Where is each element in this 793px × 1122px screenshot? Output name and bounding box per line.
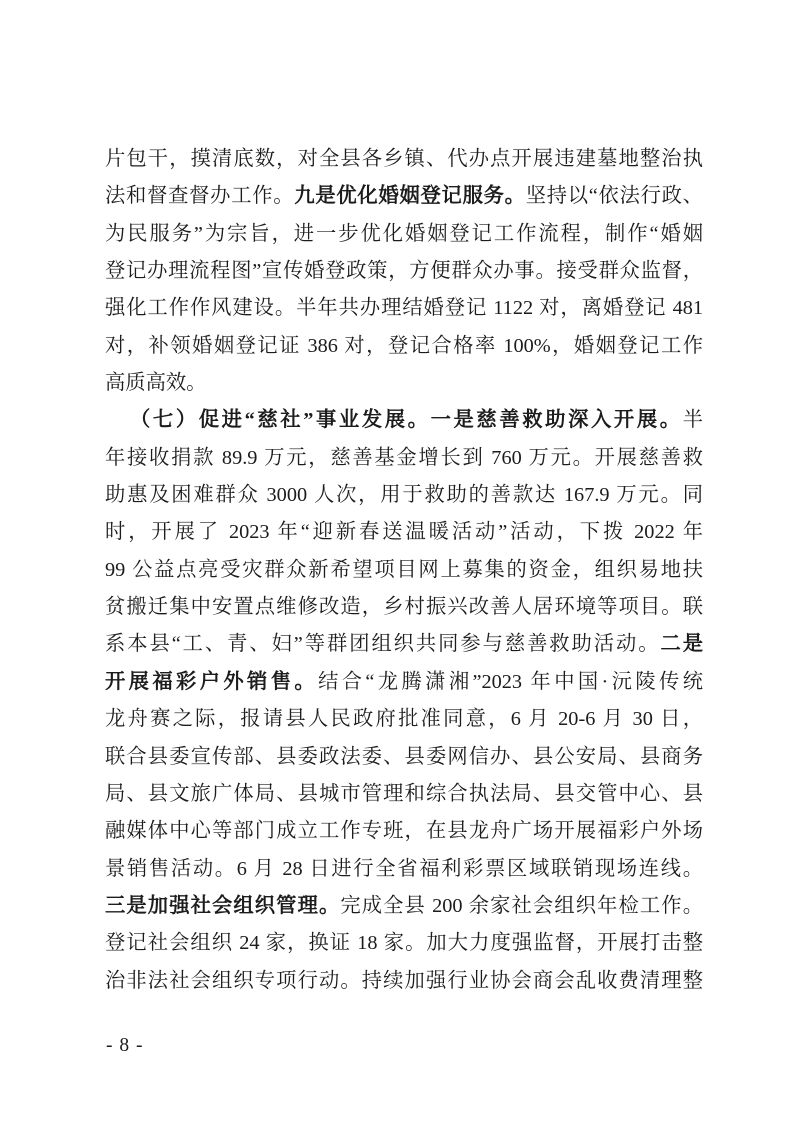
text-run: 融媒体中心等部门成立工作专班，在县龙舟广场开展福彩户外场 xyxy=(105,820,703,842)
text-line: 融媒体中心等部门成立工作专班，在县龙舟广场开展福彩户外场 xyxy=(105,813,703,850)
bold-text-run: （七）促进“慈社”事业发展。一是慈善救助深入开展。 xyxy=(130,409,683,431)
text-run: 99 公益点亮受灾群众新希望项目网上募集的资金，组织易地扶 xyxy=(105,559,703,581)
bold-text-run: 开展福彩户外销售。 xyxy=(105,671,318,693)
text-run: 为民服务”为宗旨，进一步优化婚姻登记工作流程，制作“婚姻 xyxy=(105,223,703,245)
text-run: 登记社会组织 24 家，换证 18 家。加大力度强监督，开展打击整 xyxy=(105,932,703,954)
text-line: 强化工作作风建设。半年共办理结婚登记 1122 对，离婚登记 481 xyxy=(105,290,703,327)
bold-text-run: 九是优化婚姻登记服务。 xyxy=(294,185,525,207)
text-block: 片包干，摸清底数，对全县各乡镇、代办点开展违建墓地整治执法和督查督办工作。九是优… xyxy=(105,141,703,1000)
text-line: 片包干，摸清底数，对全县各乡镇、代办点开展违建墓地整治执 xyxy=(105,141,703,178)
text-line: 系本县“工、青、妇”等群团组织共同参与慈善救助活动。二是 xyxy=(105,626,703,663)
text-line: 99 公益点亮受灾群众新希望项目网上募集的资金，组织易地扶 xyxy=(105,552,703,589)
text-run: 结合“龙腾潇湘”2023 年中国·沅陵传统 xyxy=(318,671,703,693)
text-line: 开展福彩户外销售。结合“龙腾潇湘”2023 年中国·沅陵传统 xyxy=(105,664,703,701)
text-run: 完成全县 200 余家社会组织年检工作。 xyxy=(340,895,703,917)
text-line: 年接收捐款 89.9 万元，慈善基金增长到 760 万元。开展慈善救 xyxy=(105,440,703,477)
text-run: 强化工作作风建设。半年共办理结婚登记 1122 对，离婚登记 481 xyxy=(105,297,703,319)
text-line: 对，补领婚姻登记证 386 对，登记合格率 100%，婚姻登记工作 xyxy=(105,328,703,365)
text-run: 系本县“工、青、妇”等群团组织共同参与慈善救助活动。 xyxy=(105,633,660,655)
text-line: 三是加强社会组织管理。完成全县 200 余家社会组织年检工作。 xyxy=(105,888,703,925)
text-run: 贫搬迁集中安置点维修改造，乡村振兴改善人居环境等项目。联 xyxy=(105,596,703,618)
text-line: 治非法社会组织专项行动。持续加强行业协会商会乱收费清理整 xyxy=(105,963,703,1000)
text-run: 高质高效。 xyxy=(105,372,206,394)
text-line: 贫搬迁集中安置点维修改造，乡村振兴改善人居环境等项目。联 xyxy=(105,589,703,626)
text-line: 登记社会组织 24 家，换证 18 家。加大力度强监督，开展打击整 xyxy=(105,925,703,962)
text-run: 片包干，摸清底数，对全县各乡镇、代办点开展违建墓地整治执 xyxy=(105,148,703,170)
text-run: 龙舟赛之际，报请县人民政府批准同意，6 月 20-6 月 30 日， xyxy=(105,708,703,730)
text-line: 高质高效。 xyxy=(105,365,703,402)
document-page: 片包干，摸清底数，对全县各乡镇、代办点开展违建墓地整治执法和督查督办工作。九是优… xyxy=(0,0,793,1122)
text-line: 时，开展了 2023 年“迎新春送温暖活动”活动，下拨 2022 年 xyxy=(105,514,703,551)
text-run: 对，补领婚姻登记证 386 对，登记合格率 100%，婚姻登记工作 xyxy=(105,335,703,357)
text-line: 联合县委宣传部、县委政法委、县委网信办、县公安局、县商务 xyxy=(105,739,703,776)
text-run: 法和督查督办工作。 xyxy=(105,185,294,207)
text-run: 登记办理流程图”宣传婚登政策，方便群众办事。接受群众监督， xyxy=(105,260,703,282)
text-run: 半 xyxy=(683,409,703,431)
text-run: 局、县文旅广体局、县城市管理和综合执法局、县交管中心、县 xyxy=(105,783,703,805)
text-run: 年接收捐款 89.9 万元，慈善基金增长到 760 万元。开展慈善救 xyxy=(105,447,703,469)
text-line: 局、县文旅广体局、县城市管理和综合执法局、县交管中心、县 xyxy=(105,776,703,813)
text-line: 法和督查督办工作。九是优化婚姻登记服务。坚持以“依法行政、 xyxy=(105,178,703,215)
text-run: 景销售活动。6 月 28 日进行全省福利彩票区域联销现场连线。 xyxy=(105,858,703,880)
text-run: 时，开展了 2023 年“迎新春送温暖活动”活动，下拨 2022 年 xyxy=(105,521,703,543)
text-line: 助惠及困难群众 3000 人次，用于救助的善款达 167.9 万元。同 xyxy=(105,477,703,514)
bold-text-run: 三是加强社会组织管理。 xyxy=(105,895,340,917)
text-line: 龙舟赛之际，报请县人民政府批准同意，6 月 20-6 月 30 日， xyxy=(105,701,703,738)
page-number: - 8 - xyxy=(106,1033,144,1059)
text-line: 登记办理流程图”宣传婚登政策，方便群众办事。接受群众监督， xyxy=(105,253,703,290)
text-line: 为民服务”为宗旨，进一步优化婚姻登记工作流程，制作“婚姻 xyxy=(105,216,703,253)
text-run: 治非法社会组织专项行动。持续加强行业协会商会乱收费清理整 xyxy=(105,970,703,992)
text-run: 坚持以“依法行政、 xyxy=(526,185,703,207)
text-run: 助惠及困难群众 3000 人次，用于救助的善款达 167.9 万元。同 xyxy=(105,484,703,506)
text-line: （七）促进“慈社”事业发展。一是慈善救助深入开展。半 xyxy=(105,402,703,439)
text-run: 联合县委宣传部、县委政法委、县委网信办、县公安局、县商务 xyxy=(105,746,703,768)
text-line: 景销售活动。6 月 28 日进行全省福利彩票区域联销现场连线。 xyxy=(105,851,703,888)
bold-text-run: 二是 xyxy=(660,633,703,655)
